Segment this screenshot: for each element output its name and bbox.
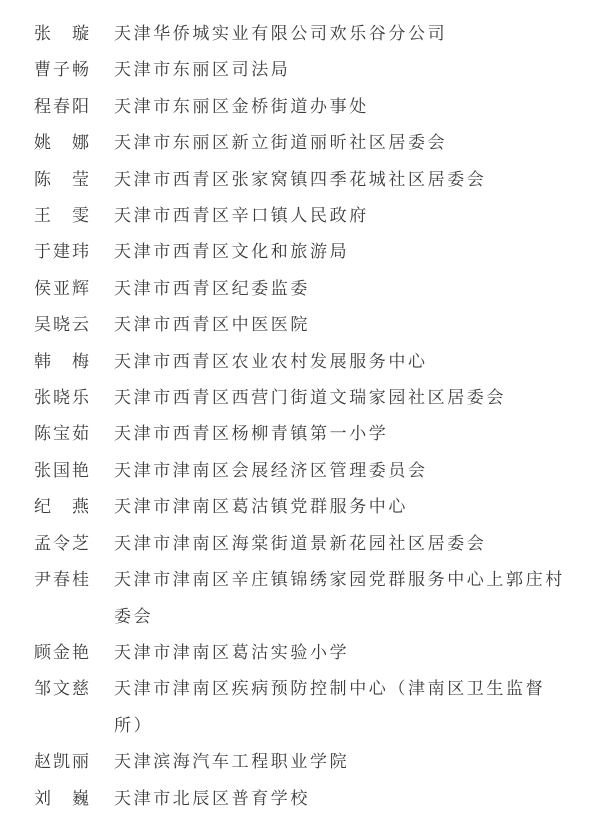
organization: 天津华侨城实业有限公司欢乐谷分公司 [114, 16, 574, 52]
list-item: 于建玮天津市西青区文化和旅游局 [34, 234, 599, 270]
list-item: 刘 巍天津市北辰区普育学校 [34, 781, 599, 817]
organization: 天津市津南区疾病预防控制中心（津南区卫生监督所） [114, 671, 574, 744]
list-item: 纪 燕天津市津南区葛沽镇党群服务中心 [34, 489, 599, 525]
organization: 天津市东丽区金桥街道办事处 [114, 89, 574, 125]
organization: 天津市西青区纪委监委 [114, 271, 574, 307]
list-item: 陈 莹天津市西青区张家窝镇四季花城社区居委会 [34, 162, 599, 198]
organization: 天津市西青区农业农村发展服务中心 [114, 344, 574, 380]
list-item: 尹春桂天津市津南区辛庄镇锦绣家园党群服务中心上郭庄村委会 [34, 562, 599, 635]
person-name: 于建玮 [34, 234, 114, 270]
list-item: 曹子畅天津市东丽区司法局 [34, 52, 599, 88]
list-item: 吴晓云天津市西青区中医医院 [34, 307, 599, 343]
organization: 天津市东丽区新立街道丽昕社区居委会 [114, 125, 574, 161]
person-name: 赵凯丽 [34, 744, 114, 780]
organization: 天津市西青区西营门街道文瑞家园社区居委会 [114, 380, 574, 416]
person-name: 韩 梅 [34, 344, 114, 380]
list-item: 韩 梅天津市西青区农业农村发展服务中心 [34, 344, 599, 380]
person-name: 陈宝茹 [34, 416, 114, 452]
list-item: 陈宝茹天津市西青区杨柳青镇第一小学 [34, 416, 599, 452]
person-name: 程春阳 [34, 89, 114, 125]
list-item: 赵凯丽天津滨海汽车工程职业学院 [34, 744, 599, 780]
organization: 天津市西青区辛口镇人民政府 [114, 198, 574, 234]
person-name: 孟令芝 [34, 526, 114, 562]
person-name: 张 璇 [34, 16, 114, 52]
organization: 天津市西青区文化和旅游局 [114, 234, 574, 270]
person-name: 顾金艳 [34, 635, 114, 671]
person-name: 姚 娜 [34, 125, 114, 161]
person-name: 侯亚辉 [34, 271, 114, 307]
organization: 天津市北辰区普育学校 [114, 781, 574, 817]
list-item: 张国艳天津市津南区会展经济区管理委员会 [34, 453, 599, 489]
organization: 天津市西青区杨柳青镇第一小学 [114, 416, 574, 452]
person-name: 尹春桂 [34, 562, 114, 598]
organization: 天津市津南区会展经济区管理委员会 [114, 453, 574, 489]
list-item: 张 璇天津华侨城实业有限公司欢乐谷分公司 [34, 16, 599, 52]
list-item: 侯亚辉天津市西青区纪委监委 [34, 271, 599, 307]
person-name: 纪 燕 [34, 489, 114, 525]
organization: 天津市津南区葛沽实验小学 [114, 635, 574, 671]
organization: 天津市津南区辛庄镇锦绣家园党群服务中心上郭庄村委会 [114, 562, 574, 635]
organization: 天津市西青区张家窝镇四季花城社区居委会 [114, 162, 574, 198]
list-item: 姚 娜天津市东丽区新立街道丽昕社区居委会 [34, 125, 599, 161]
person-name: 曹子畅 [34, 52, 114, 88]
organization: 天津市西青区中医医院 [114, 307, 574, 343]
person-name: 邹文慈 [34, 671, 114, 707]
list-item: 张晓乐天津市西青区西营门街道文瑞家园社区居委会 [34, 380, 599, 416]
organization: 天津市津南区葛沽镇党群服务中心 [114, 489, 574, 525]
person-name: 陈 莹 [34, 162, 114, 198]
person-name: 刘 巍 [34, 781, 114, 817]
list-item: 王 雯天津市西青区辛口镇人民政府 [34, 198, 599, 234]
organization: 天津市津南区海棠街道景新花园社区居委会 [114, 526, 574, 562]
person-name: 张国艳 [34, 453, 114, 489]
person-name: 吴晓云 [34, 307, 114, 343]
organization: 天津滨海汽车工程职业学院 [114, 744, 574, 780]
list-item: 邹文慈天津市津南区疾病预防控制中心（津南区卫生监督所） [34, 671, 599, 744]
organization: 天津市东丽区司法局 [114, 52, 574, 88]
honoree-list: 张 璇天津华侨城实业有限公司欢乐谷分公司 曹子畅天津市东丽区司法局 程春阳天津市… [34, 16, 599, 817]
person-name: 王 雯 [34, 198, 114, 234]
list-item: 程春阳天津市东丽区金桥街道办事处 [34, 89, 599, 125]
list-item: 孟令芝天津市津南区海棠街道景新花园社区居委会 [34, 526, 599, 562]
person-name: 张晓乐 [34, 380, 114, 416]
list-item: 顾金艳天津市津南区葛沽实验小学 [34, 635, 599, 671]
